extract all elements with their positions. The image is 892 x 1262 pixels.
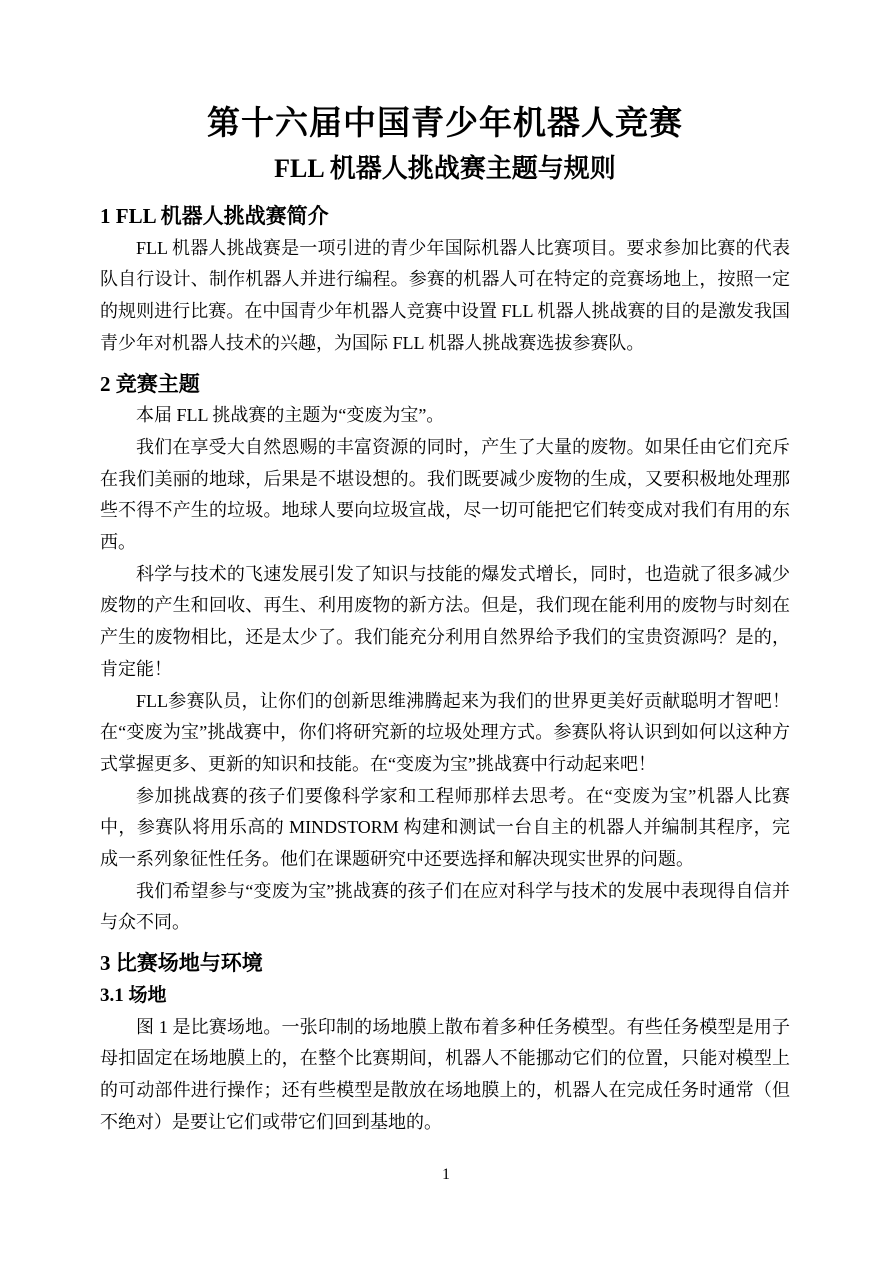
theme-paragraph-2: 我们在享受大自然恩赐的丰富资源的同时，产生了大量的废物。如果任由它们充斥在我们美… (100, 432, 790, 559)
document-content: 第十六届中国青少年机器人竞赛 FLL 机器人挑战赛主题与规则 1 FLL 机器人… (100, 0, 790, 1138)
section-heading-3-field: 3 比赛场地与环境 (100, 948, 790, 980)
theme-paragraph-5: 参加挑战赛的孩子们要像科学家和工程师那样去思考。在“变废为宝”机器人比赛中，参赛… (100, 781, 790, 876)
theme-paragraph-4: FLL参赛队员，让你们的创新思维沸腾起来为我们的世界更美好贡献聪明才智吧！在“变… (100, 686, 790, 781)
theme-paragraph-3: 科学与技术的飞速发展引发了知识与技能的爆发式增长，同时，也造就了很多减少废物的产… (100, 559, 790, 686)
field-paragraph: 图 1 是比赛场地。一张印制的场地膜上散布着多种任务模型。有些任务模型是用子母扣… (100, 1012, 790, 1139)
intro-paragraph: FLL 机器人挑战赛是一项引进的青少年国际机器人比赛项目。要求参加比赛的代表队自… (100, 233, 790, 360)
theme-paragraph-6: 我们希望参与“变废为宝”挑战赛的孩子们在应对科学与技术的发展中表现得自信并与众不… (100, 876, 790, 939)
page-number: 1 (0, 1164, 892, 1186)
document-page: 第十六届中国青少年机器人竞赛 FLL 机器人挑战赛主题与规则 1 FLL 机器人… (0, 0, 892, 1262)
document-title: 第十六届中国青少年机器人竞赛 (100, 102, 790, 146)
section-heading-2-theme: 2 竞赛主题 (100, 369, 790, 401)
subsection-heading-3-1: 3.1 场地 (100, 980, 790, 1012)
document-subtitle: FLL 机器人挑战赛主题与规则 (100, 146, 790, 192)
section-heading-1-intro: 1 FLL 机器人挑战赛简介 (100, 201, 790, 233)
theme-paragraph-1: 本届 FLL 挑战赛的主题为“变废为宝”。 (100, 400, 790, 432)
